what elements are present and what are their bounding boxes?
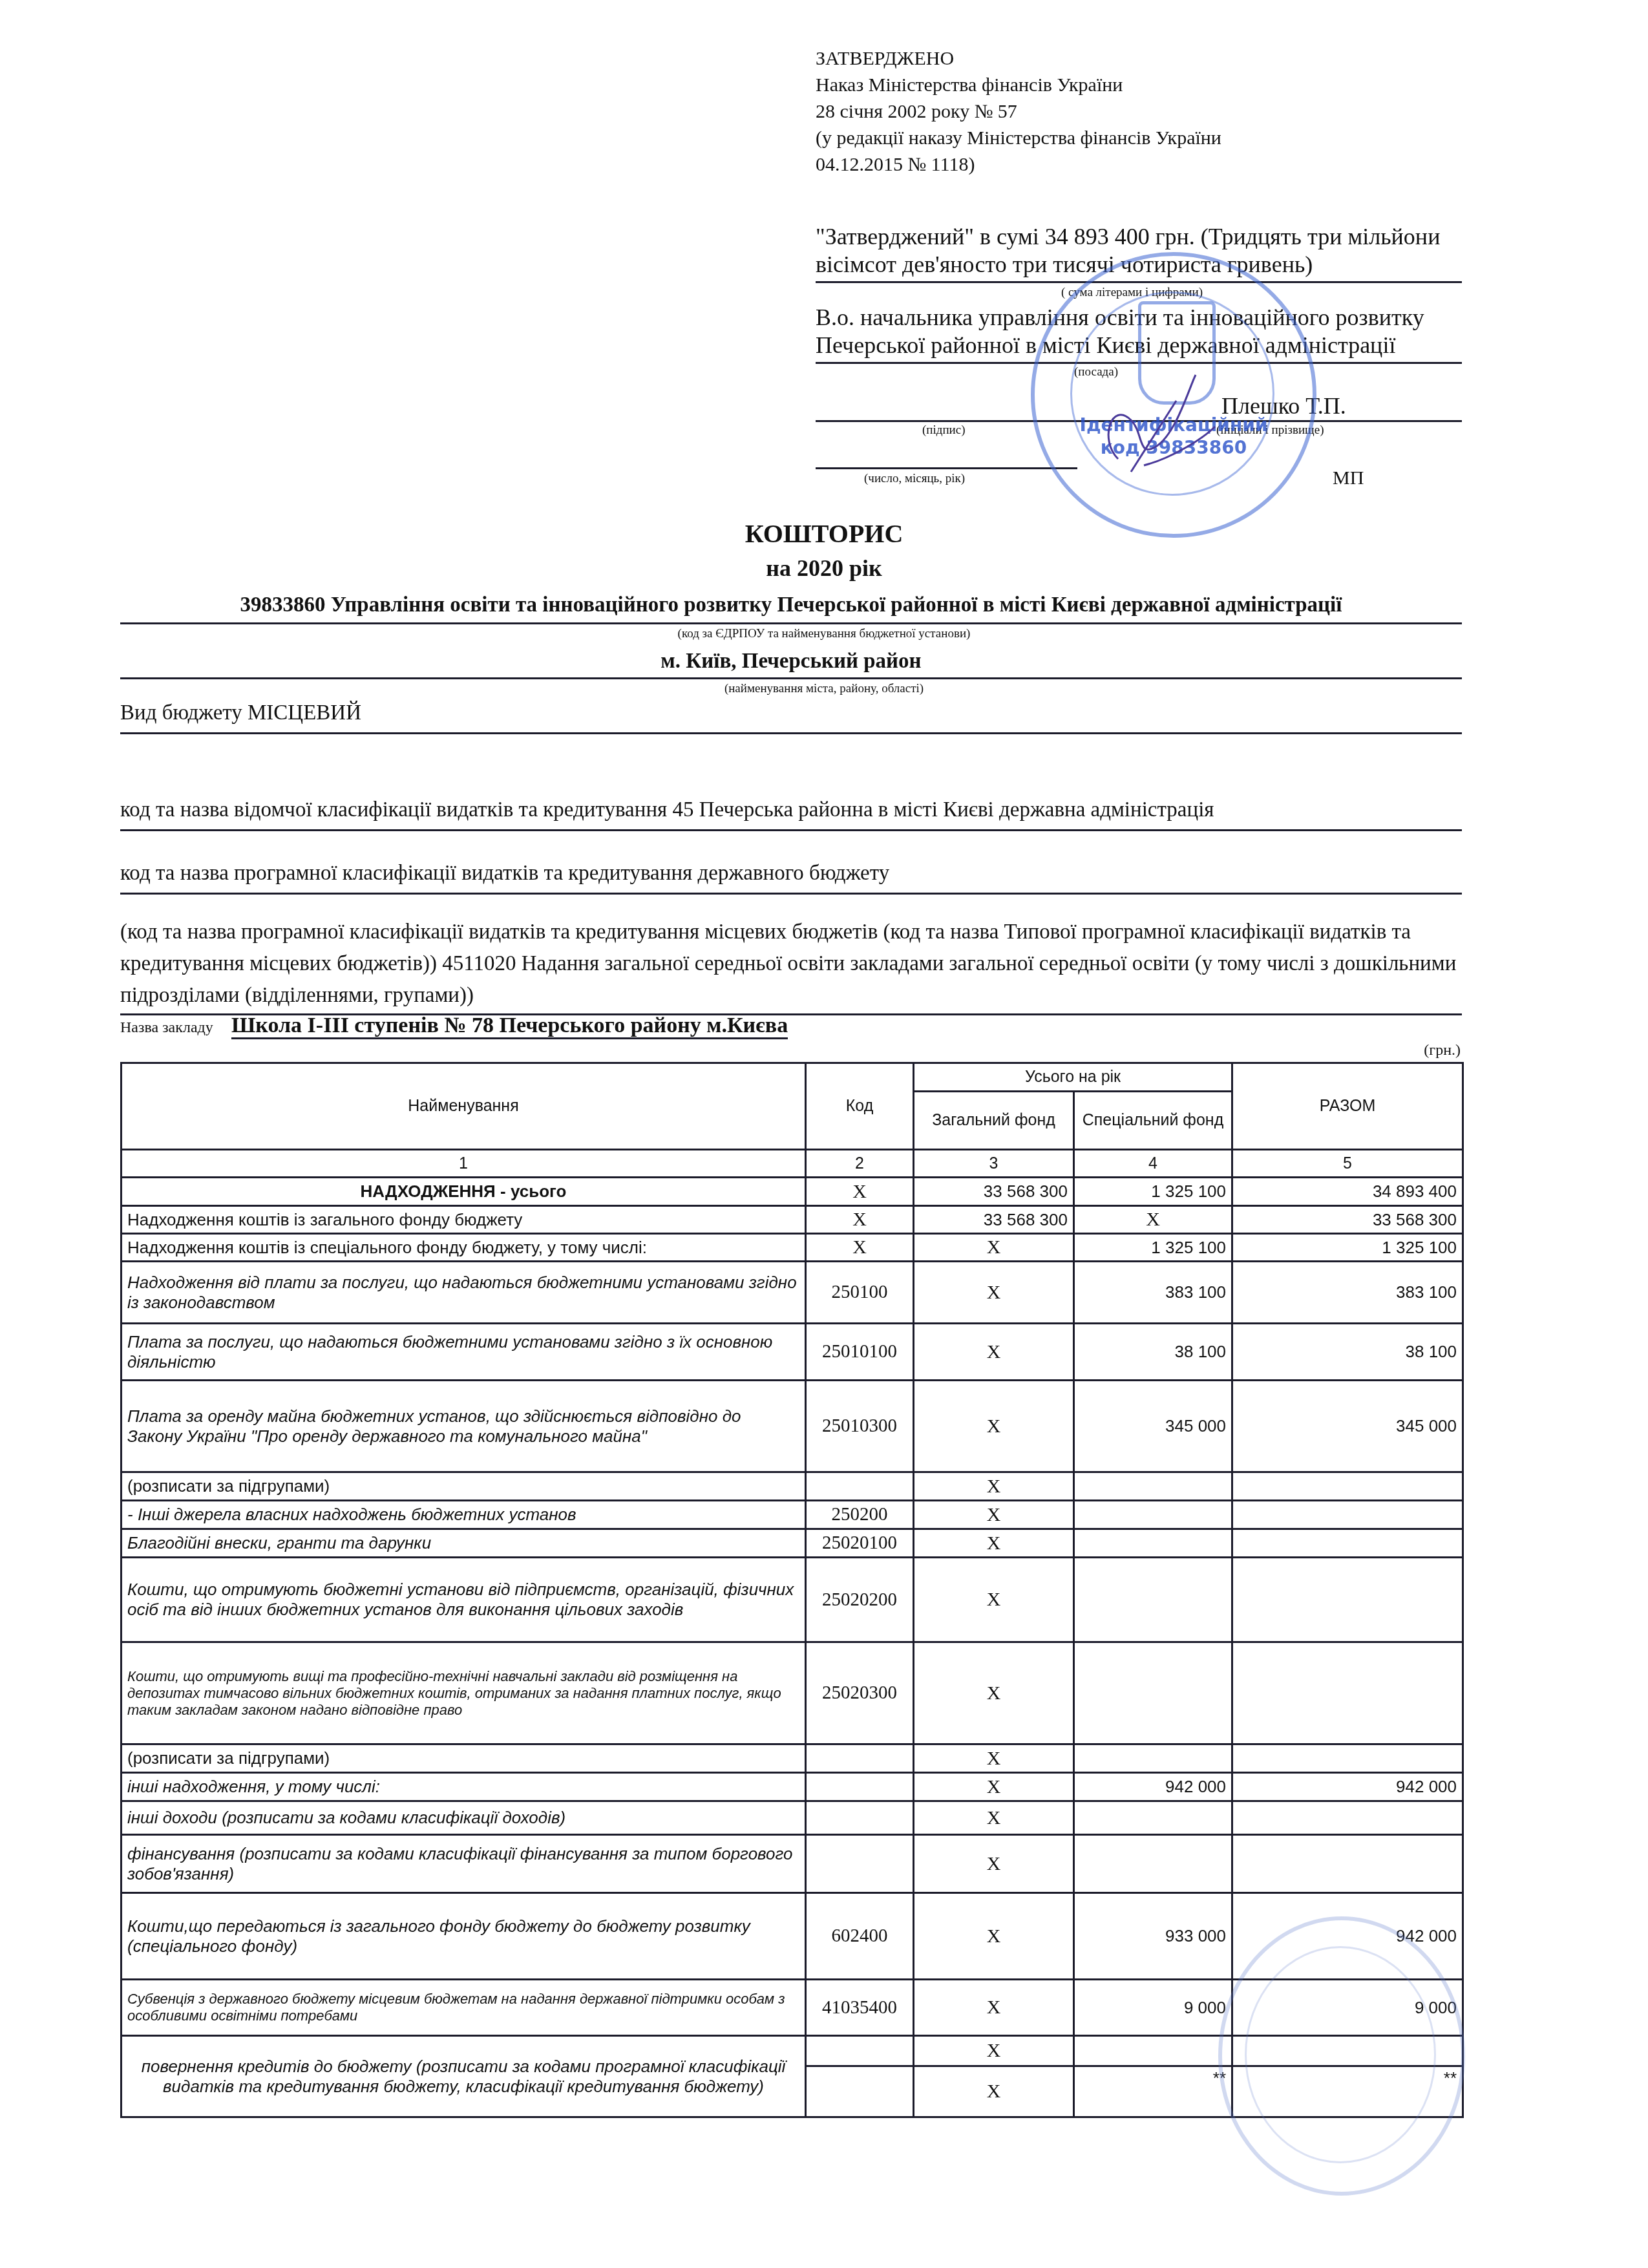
row-total <box>1232 1801 1463 1835</box>
row-special-fund: 933 000 <box>1074 1893 1232 1980</box>
table-row: Плата за оренду майна бюджетних установ,… <box>121 1381 1463 1472</box>
row-special-fund <box>1074 1642 1232 1744</box>
row-total <box>1232 1642 1463 1744</box>
row-total: 1 325 100 <box>1232 1234 1463 1262</box>
row-name: інші надходження, у тому числі: <box>121 1773 806 1801</box>
table-row: - Інші джерела власних надходжень бюджет… <box>121 1501 1463 1529</box>
row-general-fund: X <box>914 2036 1074 2066</box>
row-general-fund: X <box>914 1558 1074 1642</box>
table-body: НАДХОДЖЕННЯ - усьогоX33 568 3001 325 100… <box>121 1178 1463 2117</box>
row-special-fund <box>1074 1472 1232 1501</box>
row-code: 25020100 <box>806 1529 914 1558</box>
approval-line: ЗАТВЕРДЖЕНО <box>816 45 1221 72</box>
position-line2: Печерської районної в місті Києві держав… <box>816 332 1395 359</box>
table-row: Кошти, що отримують вищі та професійно-т… <box>121 1642 1463 1744</box>
row-general-fund: X <box>914 2066 1074 2117</box>
row-name: повернення кредитів до бюджету (розписат… <box>121 2036 806 2117</box>
institution-name: 39833860 Управління освіти та інноваційн… <box>120 593 1462 617</box>
table-row: Субвенція з державного бюджету місцевим … <box>121 1980 1463 2036</box>
row-name: Плата за послуги, що надаються бюджетним… <box>121 1324 806 1381</box>
row-total: 383 100 <box>1232 1262 1463 1324</box>
row-special-fund: 345 000 <box>1074 1381 1232 1472</box>
row-code: X <box>806 1206 914 1234</box>
seal-label: МП <box>1333 467 1364 489</box>
institution-rule <box>120 622 1462 624</box>
school-label: Назва закладу <box>120 1019 213 1037</box>
row-name: фінансування (розписати за кодами класиф… <box>121 1835 806 1893</box>
name-caption: (ініціали і прізвище) <box>1216 423 1324 438</box>
row-total <box>1232 1835 1463 1893</box>
row-general-fund: X <box>914 1744 1074 1773</box>
table-row: (розписати за підгрупами)X <box>121 1744 1463 1773</box>
document-year: на 2020 рік <box>0 555 1648 582</box>
row-general-fund: X <box>914 1262 1074 1324</box>
row-general-fund: 33 568 300 <box>914 1178 1074 1206</box>
approved-amount-line2: вісімсот дев'яносто три тисячі чотириста… <box>816 251 1313 278</box>
row-general-fund: X <box>914 1324 1074 1381</box>
row-general-fund: X <box>914 1835 1074 1893</box>
approval-line: 04.12.2015 № 1118) <box>816 151 1221 178</box>
row-special-fund: 383 100 <box>1074 1262 1232 1324</box>
column-number: 1 <box>121 1150 806 1178</box>
row-total: 38 100 <box>1232 1324 1463 1381</box>
date-rule <box>816 467 1077 469</box>
row-general-fund: 33 568 300 <box>914 1206 1074 1234</box>
row-general-fund: X <box>914 1234 1074 1262</box>
row-special-fund: 942 000 <box>1074 1773 1232 1801</box>
row-special-fund <box>1074 1501 1232 1529</box>
row-code <box>806 1835 914 1893</box>
row-general-fund: X <box>914 1381 1074 1472</box>
row-code: 25020200 <box>806 1558 914 1642</box>
amount-rule <box>816 281 1462 283</box>
header-total: РАЗОМ <box>1232 1063 1463 1150</box>
table-row: інші надходження, у тому числі:X942 0009… <box>121 1773 1463 1801</box>
row-special-fund <box>1074 2036 1232 2066</box>
institution-city: м. Київ, Печерський район <box>120 650 1462 673</box>
state-program-classification: код та назва програмної класифікації вид… <box>120 862 889 885</box>
row-special-fund <box>1074 1558 1232 1642</box>
row-total <box>1232 1472 1463 1501</box>
row-code: 25010300 <box>806 1381 914 1472</box>
row-name: Кошти, що отримують вищі та професійно-т… <box>121 1642 806 1744</box>
row-code: 25020300 <box>806 1642 914 1744</box>
row-code <box>806 2036 914 2066</box>
row-total <box>1232 1501 1463 1529</box>
row-total: 942 000 <box>1232 1773 1463 1801</box>
row-name: Надходження коштів із загального фонду б… <box>121 1206 806 1234</box>
row-general-fund: X <box>914 1980 1074 2036</box>
departmental-classification: код та назва відомчої класифікації видат… <box>120 798 1214 822</box>
signatory-name: Плешко Т.П. <box>1221 392 1346 419</box>
row-general-fund: X <box>914 1501 1074 1529</box>
row-special-fund: ** <box>1074 2066 1232 2117</box>
school-name: Школа І-ІІІ ступенів № 78 Печерського ра… <box>231 1013 788 1039</box>
row-special-fund: 1 325 100 <box>1074 1178 1232 1206</box>
row-total: 942 000 <box>1232 1893 1463 1980</box>
row-total: 34 893 400 <box>1232 1178 1463 1206</box>
row-total: 9 000 <box>1232 1980 1463 2036</box>
table-row: Надходження коштів із спеціального фонду… <box>121 1234 1463 1262</box>
table-row: повернення кредитів до бюджету (розписат… <box>121 2036 1463 2066</box>
row-name: Благодійні внески, гранти та дарунки <box>121 1529 806 1558</box>
date-caption: (число, місяць, рік) <box>864 472 965 486</box>
row-total <box>1232 1529 1463 1558</box>
row-name: інші доходи (розписати за кодами класифі… <box>121 1801 806 1835</box>
approval-line: Наказ Міністерства фінансів України <box>816 72 1221 98</box>
approval-line: (у редакції наказу Міністерства фінансів… <box>816 125 1221 151</box>
budget-type: Вид бюджету МІСЦЕВИЙ <box>120 701 361 725</box>
header-general-fund: Загальний фонд <box>914 1092 1074 1150</box>
budget-type-rule <box>120 732 1462 734</box>
approved-amount-line1: "Затверджений" в сумі 34 893 400 грн. (Т… <box>816 223 1440 250</box>
document-title: КОШТОРИС <box>0 518 1648 549</box>
table-row: (розписати за підгрупами)X <box>121 1472 1463 1501</box>
city-caption: (найменування міста, району, області) <box>0 682 1648 696</box>
row-special-fund <box>1074 1835 1232 1893</box>
row-total <box>1232 2036 1463 2066</box>
approval-block: ЗАТВЕРДЖЕНО Наказ Міністерства фінансів … <box>816 45 1221 178</box>
row-special-fund <box>1074 1744 1232 1773</box>
row-code <box>806 1773 914 1801</box>
row-name: (розписати за підгрупами) <box>121 1472 806 1501</box>
row-name: (розписати за підгрупами) <box>121 1744 806 1773</box>
header-year-total: Усього на рік <box>914 1063 1232 1092</box>
currency-units: (грн.) <box>1424 1042 1461 1059</box>
row-general-fund: X <box>914 1472 1074 1501</box>
row-special-fund: X <box>1074 1206 1232 1234</box>
row-code: X <box>806 1178 914 1206</box>
row-general-fund: X <box>914 1893 1074 1980</box>
row-code <box>806 1472 914 1501</box>
row-code: 250100 <box>806 1262 914 1324</box>
departmental-rule <box>120 829 1462 831</box>
row-total: ** <box>1232 2066 1463 2117</box>
table-row: фінансування (розписати за кодами класиф… <box>121 1835 1463 1893</box>
row-general-fund: X <box>914 1801 1074 1835</box>
row-name: Субвенція з державного бюджету місцевим … <box>121 1980 806 2036</box>
table-row: Надходження коштів із загального фонду б… <box>121 1206 1463 1234</box>
row-total <box>1232 1744 1463 1773</box>
row-code: 25010100 <box>806 1324 914 1381</box>
row-code: 41035400 <box>806 1980 914 2036</box>
table-row: Плата за послуги, що надаються бюджетним… <box>121 1324 1463 1381</box>
row-code <box>806 1744 914 1773</box>
row-code <box>806 2066 914 2117</box>
column-number: 4 <box>1074 1150 1232 1178</box>
row-general-fund: X <box>914 1642 1074 1744</box>
row-special-fund: 38 100 <box>1074 1324 1232 1381</box>
row-total: 345 000 <box>1232 1381 1463 1472</box>
signature-caption: (підпис) <box>922 423 966 438</box>
table-row: НАДХОДЖЕННЯ - усьогоX33 568 3001 325 100… <box>121 1178 1463 1206</box>
row-name: НАДХОДЖЕННЯ - усього <box>121 1178 806 1206</box>
column-number: 2 <box>806 1150 914 1178</box>
header-special-fund: Спеціальний фонд <box>1074 1092 1232 1150</box>
school-row: Назва закладу Школа І-ІІІ ступенів № 78 … <box>120 1013 788 1038</box>
table-row: Благодійні внески, гранти та дарунки2502… <box>121 1529 1463 1558</box>
table-row: Надходження від плати за послуги, що над… <box>121 1262 1463 1324</box>
row-code: X <box>806 1234 914 1262</box>
column-number: 3 <box>914 1150 1074 1178</box>
estimate-table: Найменування Код Усього на рік РАЗОМ Заг… <box>120 1062 1464 2118</box>
approval-line: 28 січня 2002 року № 57 <box>816 98 1221 125</box>
header-code: Код <box>806 1063 914 1150</box>
row-code: 250200 <box>806 1501 914 1529</box>
institution-caption: (код за ЄДРПОУ та найменування бюджетної… <box>0 627 1648 641</box>
row-name: Кошти,що передаються із загального фонду… <box>121 1893 806 1980</box>
header-name: Найменування <box>121 1063 806 1150</box>
row-special-fund <box>1074 1529 1232 1558</box>
state-program-rule <box>120 893 1462 895</box>
table-row: Кошти,що передаються із загального фонду… <box>121 1893 1463 1980</box>
row-general-fund: X <box>914 1773 1074 1801</box>
column-number: 5 <box>1232 1150 1463 1178</box>
table-row: Кошти, що отримують бюджетні установи ві… <box>121 1558 1463 1642</box>
table-row: інші доходи (розписати за кодами класифі… <box>121 1801 1463 1835</box>
local-program-classification: (код та назва програмної класифікації ви… <box>120 917 1462 1012</box>
row-special-fund <box>1074 1801 1232 1835</box>
row-name: Кошти, що отримують бюджетні установи ві… <box>121 1558 806 1642</box>
city-rule <box>120 677 1462 679</box>
row-general-fund: X <box>914 1529 1074 1558</box>
row-name: Надходження коштів із спеціального фонду… <box>121 1234 806 1262</box>
position-line1: В.о. начальника управління освіти та інн… <box>816 304 1424 331</box>
row-name: Надходження від плати за послуги, що над… <box>121 1262 806 1324</box>
row-total: 33 568 300 <box>1232 1206 1463 1234</box>
row-code <box>806 1801 914 1835</box>
row-name: Плата за оренду майна бюджетних установ,… <box>121 1381 806 1472</box>
row-total <box>1232 1558 1463 1642</box>
row-name: - Інші джерела власних надходжень бюджет… <box>121 1501 806 1529</box>
row-code: 602400 <box>806 1893 914 1980</box>
row-special-fund: 1 325 100 <box>1074 1234 1232 1262</box>
signature-icon <box>1092 362 1221 491</box>
row-special-fund: 9 000 <box>1074 1980 1232 2036</box>
column-number-row: 1 2 3 4 5 <box>121 1150 1463 1178</box>
amount-caption: ( сума літерами і цифрами) <box>1061 286 1203 300</box>
